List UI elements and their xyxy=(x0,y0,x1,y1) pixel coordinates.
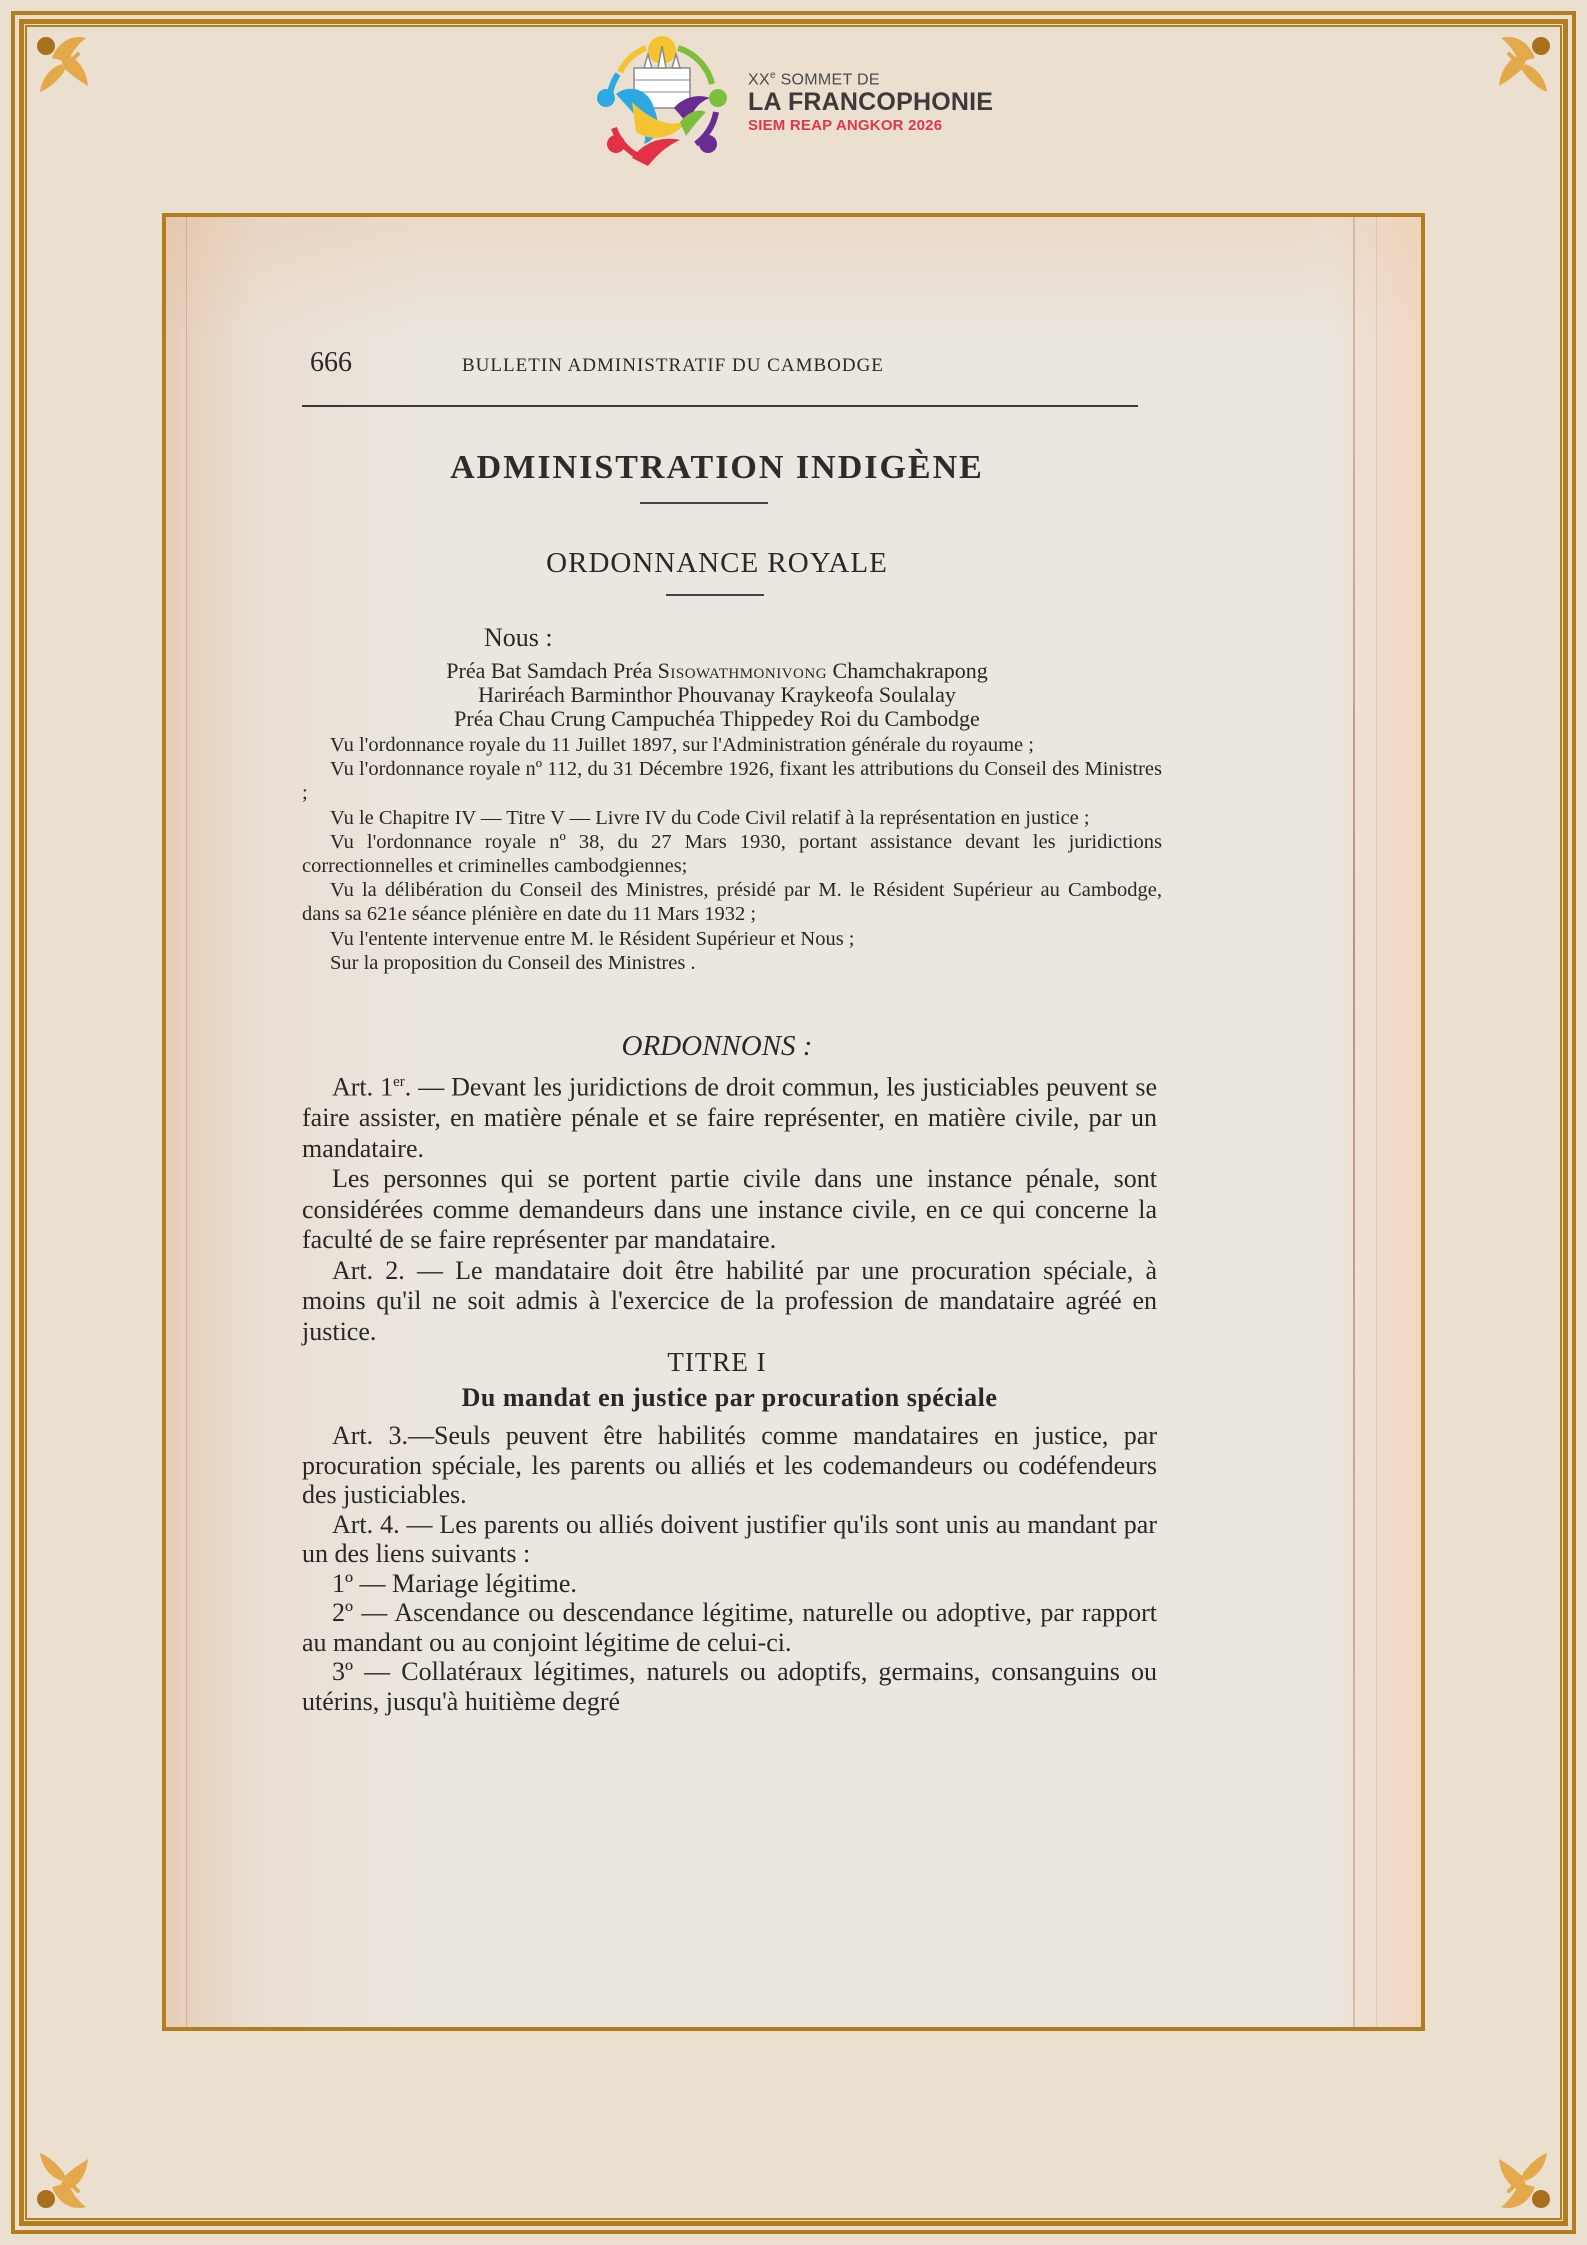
ordonnons-heading: ORDONNONS : xyxy=(302,1030,1132,1063)
visa-paragraph: Sur la proposition du Conseil des Minist… xyxy=(302,951,1162,975)
king-titles: Préa Bat Samdach Préa Sisowathmonivong C… xyxy=(302,659,1132,731)
running-header: 666 BULLETIN ADMINISTRATIF DU CAMBODGE xyxy=(302,347,1172,387)
logo-summit-edition: XXe SOMMET DE xyxy=(748,70,993,89)
articles-1-2: Art. 1er. — Devant les juridictions de d… xyxy=(302,1067,1157,1347)
titre-heading: TITRE I xyxy=(302,1347,1132,1378)
titre-subtitle: Du mandat en justice par procuration spé… xyxy=(302,1383,1157,1413)
articles-3-4: Art. 3.—Seuls peuvent être habilités com… xyxy=(302,1421,1157,1716)
visa-paragraph: Vu la délibération du Conseil des Minist… xyxy=(302,878,1162,926)
angkor-emblem-icon xyxy=(592,32,732,172)
ordonnance-title: ORDONNANCE ROYALE xyxy=(402,547,1032,580)
visa-paragraph: Vu l'ordonnance royale du 11 Juillet 189… xyxy=(302,733,1162,757)
fleur-de-lis-icon xyxy=(1487,28,1559,100)
fleur-de-lis-icon xyxy=(1487,2145,1559,2217)
king-line-1: Préa Bat Samdach Préa Sisowathmonivong C… xyxy=(302,659,1132,683)
lien-item: 1º — Mariage légitime. xyxy=(302,1569,1157,1599)
article-2: Art. 2. — Le mandataire doit être habili… xyxy=(302,1256,1157,1348)
visa-paragraph: Vu le Chapitre IV — Titre V — Livre IV d… xyxy=(302,806,1162,830)
visa-paragraph: Vu l'ordonnance royale nº 112, du 31 Déc… xyxy=(302,757,1162,805)
header-rule xyxy=(302,405,1138,407)
title-divider xyxy=(666,594,764,596)
running-title: BULLETIN ADMINISTRATIF DU CAMBODGE xyxy=(462,355,884,377)
scanned-document-page: 666 BULLETIN ADMINISTRATIF DU CAMBODGE A… xyxy=(162,213,1425,2031)
article-1-paragraph-2: Les personnes qui se portent partie civi… xyxy=(302,1164,1157,1256)
king-line-2: Hariréach Barminthor Phouvanay Kraykeofa… xyxy=(302,683,1132,707)
lien-item: 2º — Ascendance ou descendance légitime,… xyxy=(302,1598,1157,1657)
page-edge-shadow xyxy=(186,217,187,2027)
section-title: ADMINISTRATION INDIGÈNE xyxy=(402,449,1032,487)
title-divider xyxy=(640,502,768,504)
article-4: Art. 4. — Les parents ou alliés doivent … xyxy=(302,1510,1157,1569)
king-line-3: Préa Chau Crung Campuchéa Thippedey Roi … xyxy=(302,707,1132,731)
book-gutter-edge xyxy=(1376,217,1377,2027)
visa-paragraph: Vu l'entente intervenue entre M. le Rési… xyxy=(302,927,1162,951)
logo-location-year: SIEM REAP ANGKOR 2026 xyxy=(748,117,993,134)
page-number: 666 xyxy=(310,347,352,379)
lien-item: 3º — Collatéraux légitimes, naturels ou … xyxy=(302,1657,1157,1716)
visa-paragraph: Vu l'ordonnance royale nº 38, du 27 Mars… xyxy=(302,830,1162,878)
nous-heading: Nous : xyxy=(484,623,553,653)
visas-list: Vu l'ordonnance royale du 11 Juillet 189… xyxy=(302,733,1162,975)
article-3: Art. 3.—Seuls peuvent être habilités com… xyxy=(302,1421,1157,1510)
document-text-area: 666 BULLETIN ADMINISTRATIF DU CAMBODGE A… xyxy=(302,347,1172,387)
book-gutter-fold xyxy=(1353,217,1355,2027)
francophonie-summit-logo: XXe SOMMET DE LA FRANCOPHONIE SIEM REAP … xyxy=(592,32,993,172)
logo-title: LA FRANCOPHONIE xyxy=(748,89,993,117)
fleur-de-lis-icon xyxy=(28,28,100,100)
article-1: Art. 1er. — Devant les juridictions de d… xyxy=(302,1067,1157,1164)
fleur-de-lis-icon xyxy=(28,2145,100,2217)
